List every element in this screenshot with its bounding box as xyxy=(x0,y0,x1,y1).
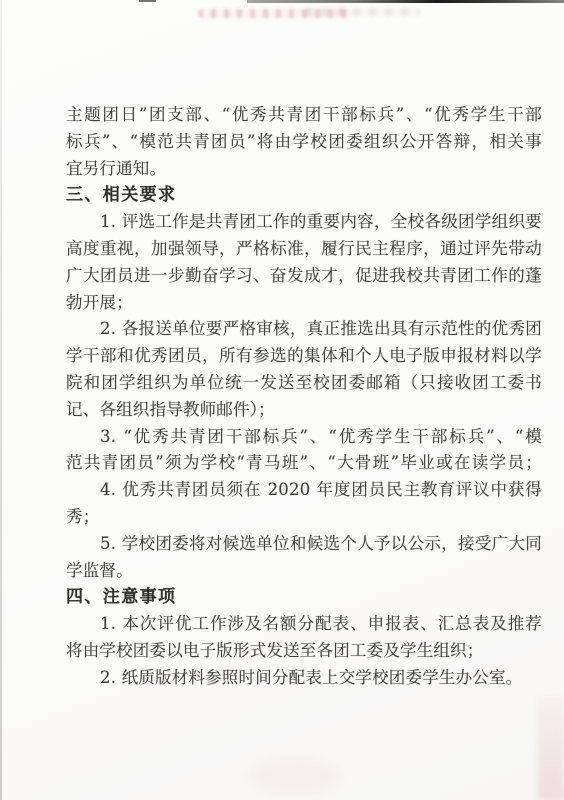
scan-artifact-top-dash xyxy=(139,0,156,2)
paragraph-line: 1. 评选工作是共青团工作的重要内容，全校各级团学组织要 xyxy=(66,209,542,236)
paragraph: 4. 优秀共青团员须在 2020 年度团员民主教育评议中获得优秀； xyxy=(66,477,542,531)
scan-smudge-bottom-center xyxy=(248,758,340,794)
paragraph-line: 院和团学组织为单位统一发送至校团委邮箱（只接收团工委书 xyxy=(66,370,542,397)
faded-stamp-smudge-tail xyxy=(305,8,420,16)
paragraph-line: 广大团员进一步勤奋学习、奋发成才，促进我校共青团工作的蓬 xyxy=(66,263,542,290)
paragraph-line: 2. 各报送单位要严格审核，真正推选出具有示范性的优秀团 xyxy=(66,316,542,343)
paragraph: 1. 评选工作是共青团工作的重要内容，全校各级团学组织要高度重视，加强领导，严格… xyxy=(66,209,542,316)
paragraph-line: 学干部和优秀团员，所有参选的集体和个人电子版申报材料以学 xyxy=(66,343,542,370)
paragraph-line: 将由学校团委以电子版形式发送至各团工委及学生组织； xyxy=(66,638,542,665)
document-body: 主题团日”团支部、“优秀共青团干部标兵”、“优秀学生干部标兵”、“模范共青团员”… xyxy=(66,102,542,692)
heading-line: 四、注意事项 xyxy=(66,584,542,611)
paragraph-line: 3. “优秀共青团干部标兵”、“优秀学生干部标兵”、“模 xyxy=(66,424,542,451)
paragraph-line: 秀； xyxy=(66,504,542,531)
paragraph-line: 5. 学校团委将对候选单位和候选个人予以公示，接受广大同 xyxy=(66,531,542,558)
paragraph-line: 主题团日”团支部、“优秀共青团干部标兵”、“优秀学生干部 xyxy=(66,102,542,129)
paragraph-line: 4. 优秀共青团员须在 2020 年度团员民主教育评议中获得优 xyxy=(66,477,542,504)
scan-artifact-top-line xyxy=(247,0,564,3)
paragraph: 5. 学校团委将对候选单位和候选个人予以公示，接受广大同学监督。 xyxy=(66,531,542,585)
paragraph: 3. “优秀共青团干部标兵”、“优秀学生干部标兵”、“模范共青团员”须为学校“青… xyxy=(66,424,542,478)
paragraph: 2. 各报送单位要严格审核，真正推选出具有示范性的优秀团学干部和优秀团员，所有参… xyxy=(66,316,542,423)
scan-smudge-bottom-right xyxy=(538,698,564,800)
heading-line: 三、相关要求 xyxy=(66,182,542,209)
paragraph-line: 勃开展； xyxy=(66,290,542,317)
paragraph-line: 1. 本次评优工作涉及名额分配表、申报表、汇总表及推荐表， xyxy=(66,611,542,638)
scanned-document-page: 主题团日”团支部、“优秀共青团干部标兵”、“优秀学生干部标兵”、“模范共青团员”… xyxy=(0,0,564,800)
paragraph: 主题团日”团支部、“优秀共青团干部标兵”、“优秀学生干部标兵”、“模范共青团员”… xyxy=(66,102,542,182)
paragraph-line: 记、各组织指导教师邮件）； xyxy=(66,397,542,424)
page-left-edge-shadow xyxy=(0,0,2,800)
section-heading: 三、相关要求 xyxy=(66,182,542,209)
paragraph: 1. 本次评优工作涉及名额分配表、申报表、汇总表及推荐表，将由学校团委以电子版形… xyxy=(66,611,542,665)
section-heading: 四、注意事项 xyxy=(66,584,542,611)
paragraph-line: 标兵”、“模范共青团员”将由学校团委组织公开答辩，相关事 xyxy=(66,129,542,156)
paragraph-line: 高度重视，加强领导，严格标准，履行民主程序，通过评先带动 xyxy=(66,236,542,263)
paragraph-line: 学监督。 xyxy=(66,558,542,585)
paragraph-line: 范共青团员”须为学校“青马班”、“大骨班”毕业或在读学员； xyxy=(66,450,542,477)
paragraph: 2. 纸质版材料参照时间分配表上交学校团委学生办公室。 xyxy=(66,665,542,692)
paragraph-line: 宜另行通知。 xyxy=(66,156,542,183)
paragraph-line: 2. 纸质版材料参照时间分配表上交学校团委学生办公室。 xyxy=(66,665,542,692)
